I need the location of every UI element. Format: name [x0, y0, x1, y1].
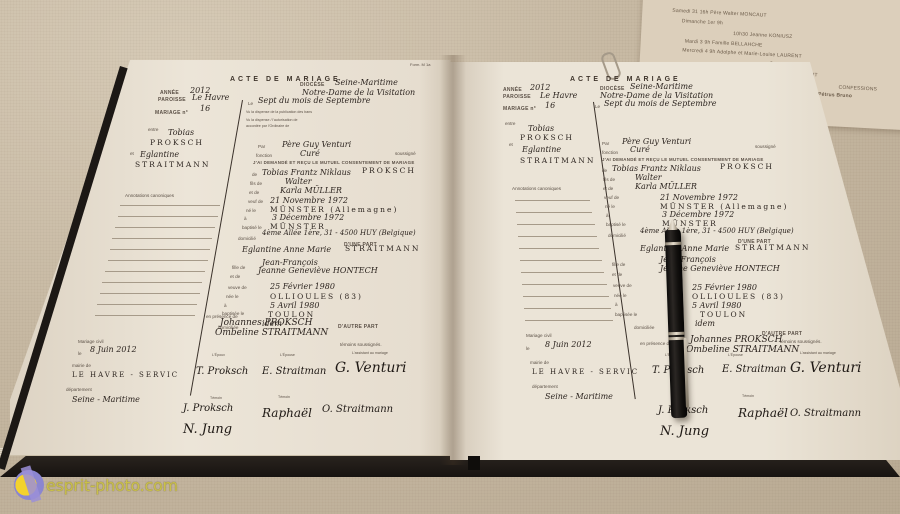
groom-father: Walter — [285, 177, 312, 186]
pen-band — [668, 337, 684, 341]
temoin-signature: Raphaël — [262, 406, 312, 420]
presence-label: en présence de — [640, 341, 672, 346]
diocese-value: Seine-Maritime — [630, 82, 693, 91]
civil-date: 8 Juin 2012 — [545, 340, 592, 349]
bride-surname: STRAITMANN — [345, 244, 420, 253]
temoins-label: témoins soussignés. — [340, 342, 382, 347]
departement-label: département — [66, 387, 92, 392]
fonction-label: fonction — [256, 153, 272, 158]
a-label: à — [224, 303, 227, 308]
witness-2: Ombeline STRAITMANN — [215, 328, 328, 338]
bride-birth: 25 Février 1980 — [270, 282, 335, 291]
mariage-no-value: 16 — [200, 104, 210, 113]
witness-1: Johannes PROKSCH — [220, 318, 312, 328]
bride-baptism-place: TOULON — [700, 310, 747, 319]
groom-domicile: 4ème Allée 1ère, 31 - 4500 HUY (Belgique… — [262, 229, 416, 237]
watermark: esprit-photo.com — [14, 470, 178, 500]
schedule-line: Dimanche 1er 9h — [682, 18, 723, 26]
soussigne-label: soussigné — [755, 144, 776, 149]
schedule-line: CONFESSIONS — [838, 85, 877, 93]
veuve-de-label: veuve de — [613, 283, 632, 288]
a-label: à — [615, 302, 618, 307]
civil-date: 8 Juin 2012 — [90, 345, 137, 354]
temoin-signature: N. Jung — [660, 424, 709, 439]
temoin-signature: O. Straitmann — [790, 408, 861, 419]
et-de-label: et de — [230, 274, 240, 279]
page-ref: Form. M 1a — [410, 62, 430, 67]
groom-first: Tobias — [168, 128, 194, 137]
paroisse-label: PAROISSE — [158, 97, 186, 103]
form-note: Vu la dispense / l'autorisation de — [246, 118, 298, 122]
schedule-line: Samedi 31 16h Père Walter MONCAUT — [672, 8, 767, 19]
paroisse-value: Le Havre — [192, 93, 229, 102]
baptise-label: baptisé le — [606, 222, 626, 227]
epoux-label: L'Époux — [212, 353, 225, 357]
domiciliee-label: domiciliée — [634, 325, 654, 330]
mairie-label: mairie de — [530, 360, 549, 365]
temoin-signature: O. Straitmann — [322, 404, 393, 415]
bride-birth: 25 Février 1980 — [692, 283, 757, 292]
temoin-signature: J. Proksch — [183, 403, 233, 414]
assistant-signature: G. Venturi — [335, 360, 407, 376]
ne-le-label: né le — [605, 204, 615, 209]
groom-domicile: 4ème Allée 1ère, 31 - 4500 HUY (Belgique… — [640, 227, 794, 235]
bride-full: Eglantine Anne Marie — [640, 244, 729, 253]
veuve-de-label: veuve de — [228, 285, 247, 290]
officiant: Père Guy Venturi — [282, 140, 351, 149]
form-note: Vu la dispense de la publication des ban… — [246, 110, 312, 114]
bride-last: STRAITMANN — [520, 156, 595, 165]
bride-full: Eglantine Anne Marie — [242, 245, 331, 254]
epouse-signature: E. Straitman — [722, 364, 786, 375]
le-label: Le — [595, 104, 600, 109]
book-gutter — [440, 55, 466, 465]
a-label: à — [606, 213, 609, 218]
groom-mother: Karla MÜLLER — [635, 182, 697, 191]
mairie-value: LE HAVRE - SERVIC — [72, 371, 179, 379]
mariage-no-value: 16 — [545, 101, 555, 110]
bride-surname: STRAITMANN — [735, 243, 810, 252]
et-label: et — [130, 151, 134, 156]
temoin-signature: N. Jung — [183, 422, 232, 437]
d-autre-part: D'AUTRE PART — [338, 324, 378, 330]
et-de-label: et de — [612, 272, 622, 277]
civil-le-label: le — [78, 351, 82, 356]
bride-baptism: 5 Avril 1980 — [692, 301, 741, 310]
schedule-line: 10h30 Jeanne KONIUSZ — [733, 31, 793, 40]
temoins-label: témoins soussignés. — [780, 339, 822, 344]
departement-value: Seine - Maritime — [545, 392, 613, 401]
nee-le-label: née le — [226, 294, 239, 299]
de-label: de — [252, 172, 257, 177]
book-spine — [468, 456, 480, 470]
mairie-value: LE HAVRE - SERVIC — [532, 368, 639, 376]
fils-de-label: fils de — [603, 177, 615, 182]
de-label: de — [602, 168, 607, 173]
schedule-line: Mardi 3 9h Famille BELLAHCHE — [685, 38, 763, 48]
groom-first: Tobias — [528, 124, 554, 133]
groom-last: PROKSCH — [520, 133, 574, 142]
fille-de-label: fille de — [612, 262, 625, 267]
groom-baptism: 3 Décembre 1972 — [272, 213, 344, 222]
et-de-label: et de — [249, 190, 259, 195]
ceremony-date: Sept du mois de Septembre — [604, 99, 716, 108]
fille-de-label: fille de — [232, 265, 245, 270]
par-label: Par — [258, 144, 265, 149]
bride-birthplace: OLLIOULES (83) — [270, 292, 363, 301]
domicilie-label: domicilié — [608, 233, 626, 238]
epouse-signature: E. Straitman — [262, 366, 326, 377]
esprit-photo-logo-icon — [14, 470, 44, 500]
groom-birth: 21 Novembre 1972 — [660, 193, 738, 202]
mairie-label: mairie de — [72, 363, 91, 368]
watermark-text: esprit-photo.com — [46, 476, 178, 495]
witness-1: Johannes PROKSCH — [690, 335, 782, 345]
bride-domicile: idem — [695, 319, 715, 328]
pen-band — [665, 242, 681, 246]
paroisse-label: PAROISSE — [503, 94, 531, 100]
consent-label: J'AI DEMANDÉ ET REÇU LE MUTUEL CONSENTEM… — [253, 160, 415, 165]
groom-last: PROKSCH — [150, 138, 204, 147]
pen-band — [668, 332, 684, 336]
annotations-label: Annotations canoniques — [512, 186, 561, 191]
bride-baptism: 5 Avril 1980 — [270, 301, 319, 310]
groom-surname: PROKSCH — [362, 166, 416, 175]
entre-label: entre — [505, 121, 515, 126]
departement-value: Seine - Maritime — [72, 395, 140, 404]
temoin-label: Témoin — [210, 396, 222, 400]
mariage-civil-label: Mariage civil — [78, 339, 104, 344]
temoin-label: Témoin — [742, 394, 754, 398]
mariage-no-label: MARIAGE n° — [155, 110, 188, 116]
groom-mother: Karla MÜLLER — [280, 186, 342, 195]
civil-le-label: le — [526, 346, 530, 351]
fonction-value: Curé — [300, 149, 320, 158]
departement-label: département — [532, 384, 558, 389]
le-label: Le — [248, 101, 253, 106]
domicilie-label: domicilié — [238, 236, 256, 241]
bride-mother: Jeanne Geneviève HONTECH — [258, 266, 378, 275]
veuf-de-label: veuf de — [248, 199, 263, 204]
epouse-label: L'Épouse — [728, 353, 743, 357]
annee-label: ANNÉE — [160, 90, 179, 96]
temoin-signature: Raphaël — [738, 406, 788, 420]
groom-birth: 21 Novembre 1972 — [270, 196, 348, 205]
a-label: à — [244, 216, 247, 221]
par-label: Par — [602, 141, 609, 146]
annotations-label: Annotations canoniques — [125, 193, 174, 198]
ne-le-label: né le — [246, 208, 256, 213]
paroisse-value: Le Havre — [540, 91, 577, 100]
soussigne-label: soussigné — [395, 151, 416, 156]
mariage-civil-label: Mariage civil — [526, 333, 552, 338]
assistant-label: L'assistant au mariage — [800, 351, 836, 355]
assistant-signature: G. Venturi — [790, 360, 862, 376]
bride-last: STRAITMANN — [135, 160, 210, 169]
groom-full: Tobias Frantz Niklaus — [262, 168, 351, 177]
nee-le-label: née le — [614, 293, 627, 298]
et-de-label: et de — [603, 186, 613, 191]
diocese-value: Seine-Maritime — [335, 78, 398, 87]
veuf-de-label: veuf de — [604, 195, 619, 200]
fonction-value: Curé — [630, 145, 650, 154]
form-note: accordée par l'Ordinaire de — [246, 124, 289, 128]
assistant-label: L'assistant au mariage — [352, 351, 388, 355]
ceremony-date: Sept du mois de Septembre — [258, 96, 370, 105]
epoux-signature: T. Proksch — [196, 366, 248, 377]
groom-full: Tobias Frantz Niklaus — [612, 164, 701, 173]
fils-de-label: fils de — [250, 181, 262, 186]
temoin-label: Témoin — [278, 395, 290, 399]
fonction-label: fonction — [602, 150, 618, 155]
baptisee-label: baptisée le — [615, 312, 637, 317]
baptise-label: baptisé le — [242, 225, 262, 230]
bride-birthplace: OLLIOULES (83) — [692, 292, 785, 301]
groom-baptism: 3 Décembre 1972 — [662, 210, 734, 219]
et-label: et — [509, 142, 513, 147]
epouse-label: L'Épouse — [280, 353, 295, 357]
groom-father: Walter — [635, 173, 662, 182]
annee-label: ANNÉE — [503, 87, 522, 93]
groom-surname: PROKSCH — [720, 162, 774, 171]
bride-first: Eglantine — [140, 150, 179, 159]
mariage-no-label: MARIAGE n° — [503, 106, 536, 112]
entre-label: entre — [148, 127, 158, 132]
bride-first: Eglantine — [522, 145, 561, 154]
schedule-line: Mercredi 4 9h Adolphe et Marie-Louise LA… — [682, 47, 802, 59]
